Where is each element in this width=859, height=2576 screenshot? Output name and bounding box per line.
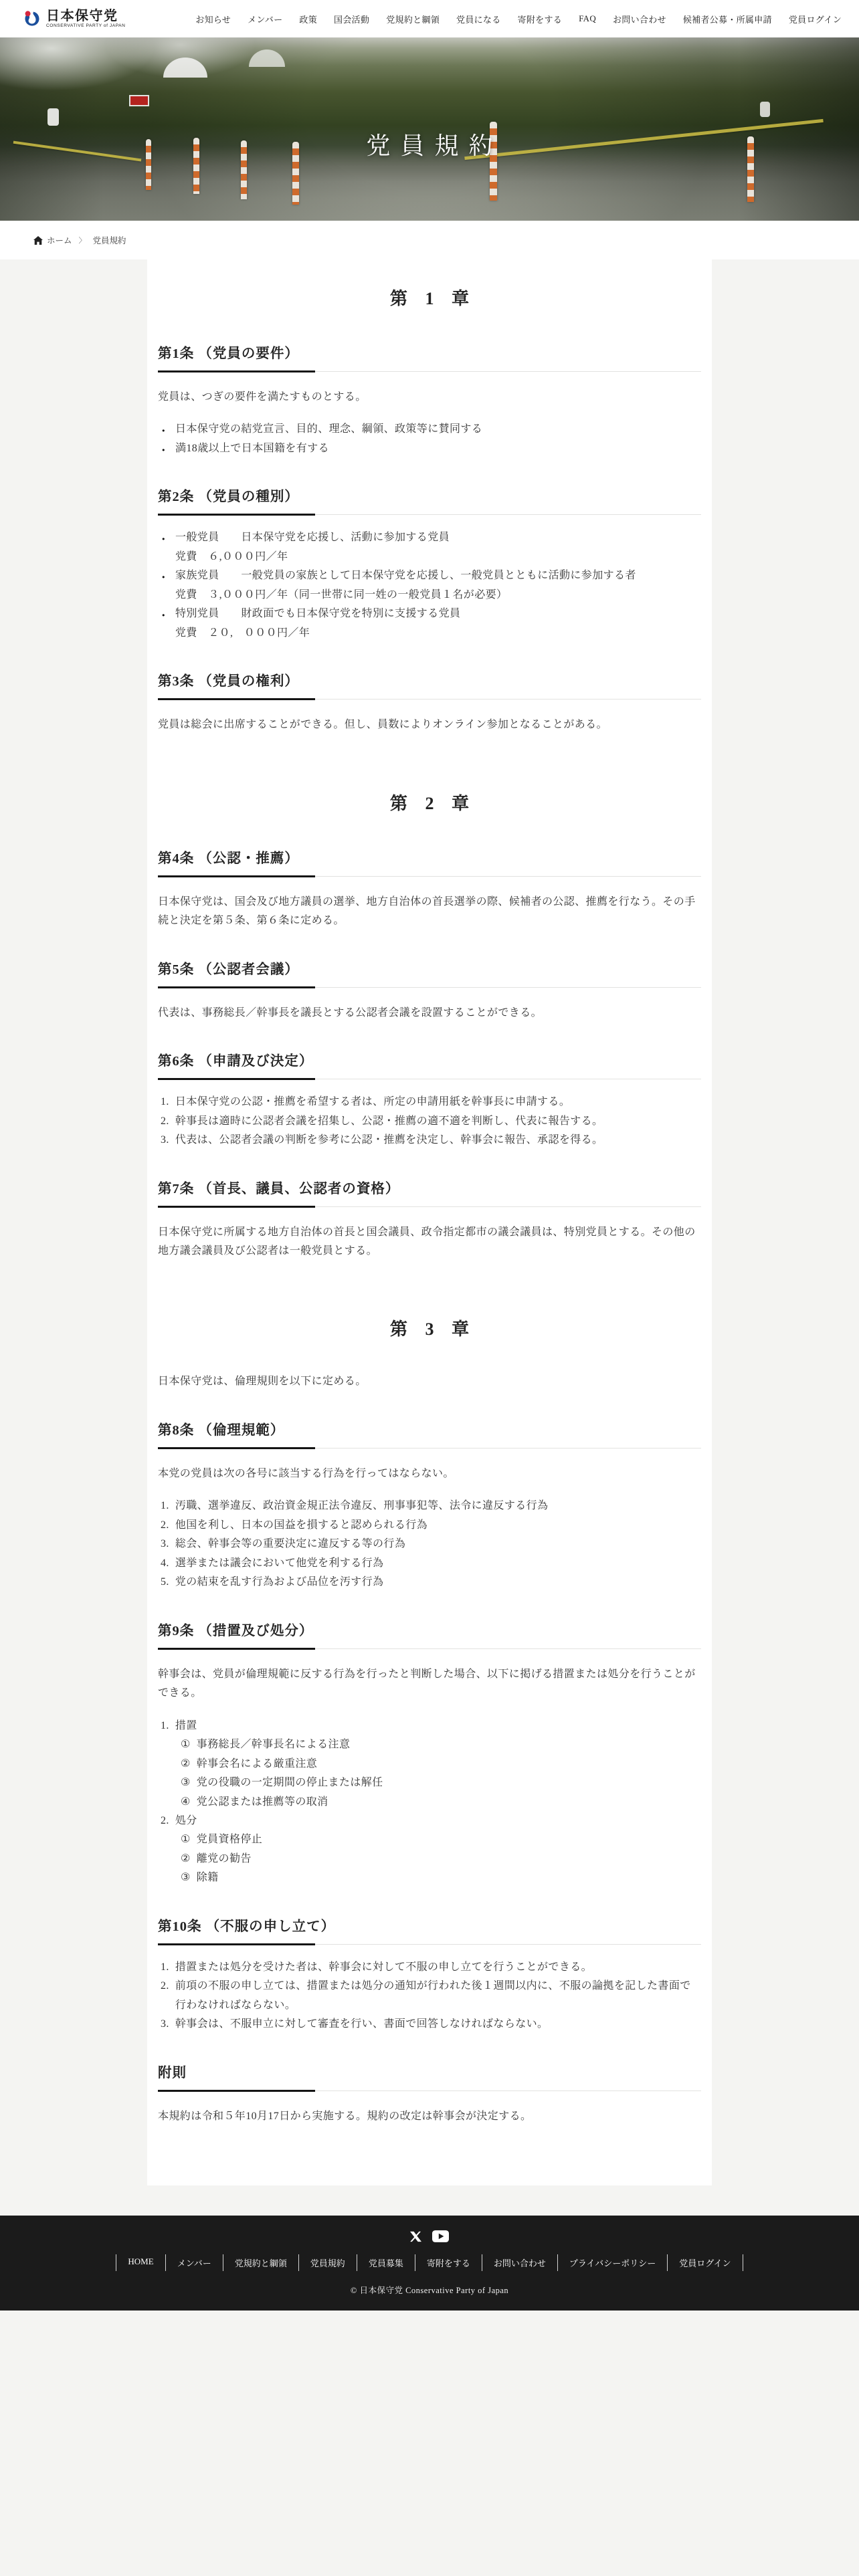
list-text: 他国を利し、日本の国益を損すると認められる行為: [175, 1516, 701, 1535]
nav-link[interactable]: 政策: [299, 13, 317, 25]
article-paragraph: 党員は、つぎの要件を満たすものとする。: [158, 388, 701, 407]
article-paragraph: 代表は、事務総長／幹事長を議長とする公認者会議を設置することができる。: [158, 1004, 701, 1023]
article-section: 第9条 （措置及び処分）幹事会は、党員が倫理規範に反する行為を行ったと判断した場…: [158, 1619, 701, 1888]
youtube-icon[interactable]: [432, 2230, 449, 2242]
article-section: 第4条 （公認・推薦）日本保守党は、国会及び地方議員の選挙、地方自治体の首長選挙…: [158, 847, 701, 931]
list-marker: 3.: [161, 1131, 169, 1150]
article-title: 第1条 （党員の要件）: [158, 342, 701, 372]
breadcrumb-current: 党員規約: [93, 234, 126, 246]
list-text: 措置または処分を受けた者は、幹事会に対して不服の申し立てを行うことができる。: [175, 1958, 701, 1977]
chapter-heading: 第 1 章: [158, 285, 701, 310]
breadcrumb-home-label: ホーム: [47, 234, 72, 246]
article-title: 第8条 （倫理規範）: [158, 1418, 701, 1448]
nav-link[interactable]: お知らせ: [195, 13, 231, 25]
list-marker: 3.: [161, 2015, 169, 2034]
numbered-list: 1.措置①事務総長／幹事長名による注意②幹事会名による厳重注意③党の役職の一定期…: [158, 1717, 701, 1888]
article-section: 第3条 （党員の権利）党員は総会に出席することができる。但し、員数によりオンライ…: [158, 669, 701, 734]
list-item: 1.措置①事務総長／幹事長名による注意②幹事会名による厳重注意③党の役職の一定期…: [161, 1717, 701, 1812]
article-paragraph: 党員は総会に出席することができる。但し、員数によりオンライン参加となることがある…: [158, 716, 701, 734]
list-text: 選挙または議会において他党を利する行為: [175, 1554, 701, 1573]
article-title: 第3条 （党員の権利）: [158, 669, 701, 700]
sub-list: ①党員資格停止②離党の勧告③除籍: [161, 1830, 701, 1887]
article-section: 第2条 （党員の種別）一般党員 日本保守党を応援し、活動に参加する党員党費 ６,…: [158, 485, 701, 643]
list-marker: 2.: [161, 1977, 169, 2015]
list-text: 党公認または推薦等の取消: [197, 1793, 701, 1812]
numbered-list: 1.日本保守党の公認・推薦を希望する者は、所定の申請用紙を幹事長に申請する。2.…: [158, 1093, 701, 1150]
list-line: 党費 ６,０００円／年: [175, 548, 701, 566]
footer-link[interactable]: 党員規約: [298, 2254, 357, 2271]
list-marker: 2.: [161, 1812, 169, 1830]
numbered-list: 1.汚職、選挙違反、政治資金規正法令違反、刑事事犯等、法令に違反する行為2.他国…: [158, 1497, 701, 1592]
list-item: 2.幹事長は適時に公認者会議を招集し、公認・推薦の適不適を判断し、代表に報告する…: [161, 1112, 701, 1131]
list-marker: 2.: [161, 1516, 169, 1535]
sub-list-item: ④党公認または推薦等の取消: [181, 1793, 701, 1812]
list-item: 家族党員 一般党員の家族として日本保守党を応援し、一般党員とともに活動に参加する…: [158, 566, 701, 605]
article-title: 第6条 （申請及び決定）: [158, 1049, 701, 1079]
list-item: 満18歳以上で日本国籍を有する: [158, 439, 701, 458]
list-line: 特別党員 財政面でも日本保守党を特別に支援する党員: [175, 605, 701, 623]
list-item: 3.総会、幹事会等の重要決定に違反する等の行為: [161, 1535, 701, 1553]
sub-list-item: ③除籍: [181, 1868, 701, 1887]
list-line: 党費 ２０, ０００円／年: [175, 624, 701, 643]
list-item: 一般党員 日本保守党を応援し、活動に参加する党員党費 ６,０００円／年: [158, 528, 701, 566]
list-item: 日本保守党の結党宣言、目的、理念、綱領、政策等に賛同する: [158, 420, 701, 439]
intro-paragraph: 日本保守党は、倫理規則を以下に定める。: [158, 1372, 701, 1391]
list-text: 党の役職の一定期間の停止または解任: [197, 1774, 701, 1792]
list-text: 日本保守党の公認・推薦を希望する者は、所定の申請用紙を幹事長に申請する。: [175, 1093, 701, 1111]
footer-social: [0, 2229, 859, 2244]
nav-link[interactable]: 寄附をする: [518, 13, 563, 25]
chapter-heading: 第 2 章: [158, 790, 701, 815]
list-text: 党員資格停止: [197, 1830, 701, 1849]
list-marker: 1.: [161, 1717, 169, 1735]
article-section: 第8条 （倫理規範）本党の党員は次の各号に該当する行為を行ってはならない。1.汚…: [158, 1418, 701, 1592]
sub-list: ①事務総長／幹事長名による注意②幹事会名による厳重注意③党の役職の一定期間の停止…: [161, 1735, 701, 1812]
x-icon[interactable]: [410, 2231, 421, 2242]
article-title: 第7条 （首長、議員、公認者の資格）: [158, 1177, 701, 1207]
nav-link[interactable]: FAQ: [579, 13, 596, 24]
footer-link[interactable]: プライバシーポリシー: [557, 2254, 667, 2271]
list-item: 1.日本保守党の公認・推薦を希望する者は、所定の申請用紙を幹事長に申請する。: [161, 1093, 701, 1111]
footer-link[interactable]: メンバー: [165, 2254, 223, 2271]
article-paragraph: 本党の党員は次の各号に該当する行為を行ってはならない。: [158, 1465, 701, 1483]
list-line: 党費 ３,０００円／年（同一世帯に同一姓の一般党員１名が必要）: [175, 586, 701, 605]
home-icon: [33, 236, 43, 245]
footer-link[interactable]: 党員募集: [357, 2254, 415, 2271]
list-marker: ③: [181, 1868, 191, 1887]
list-marker: 5.: [161, 1573, 169, 1592]
list-marker: 2.: [161, 1112, 169, 1131]
logo-tagline: CONSERVATIVE PARTY of JAPAN: [46, 24, 125, 29]
footer-link[interactable]: お問い合わせ: [482, 2254, 557, 2271]
list-marker: ②: [181, 1850, 191, 1868]
logo-icon: [23, 9, 41, 28]
footer-link[interactable]: 寄附をする: [415, 2254, 482, 2271]
list-marker: 4.: [161, 1554, 169, 1573]
list-line: 日本保守党の結党宣言、目的、理念、綱領、政策等に賛同する: [175, 420, 701, 439]
article-section: 第7条 （首長、議員、公認者の資格）日本保守党に所属する地方自治体の首長と国会議…: [158, 1177, 701, 1261]
list-marker: ①: [181, 1830, 191, 1849]
article-title: 附則: [158, 2061, 701, 2091]
nav-link[interactable]: 候補者公募・所属申請: [683, 13, 772, 25]
breadcrumb: ホーム 〉 党員規約: [0, 221, 859, 259]
list-marker: ④: [181, 1793, 191, 1812]
list-marker: 1.: [161, 1958, 169, 1977]
chapter-heading: 第 3 章: [158, 1315, 701, 1340]
nav-link[interactable]: 党規約と綱領: [386, 13, 440, 25]
list-item: 特別党員 財政面でも日本保守党を特別に支援する党員党費 ２０, ０００円／年: [158, 605, 701, 643]
list-text: 措置: [175, 1717, 701, 1735]
article-title: 第2条 （党員の種別）: [158, 485, 701, 515]
list-marker: ①: [181, 1735, 191, 1754]
article-paragraph: 本規約は令和５年10月17日から実施する。規約の改定は幹事会が決定する。: [158, 2107, 701, 2126]
bottom-filler: [0, 2311, 859, 2575]
breadcrumb-separator: 〉: [79, 235, 86, 245]
list-line: 満18歳以上で日本国籍を有する: [175, 439, 701, 458]
list-text: 事務総長／幹事長名による注意: [197, 1735, 701, 1754]
article-paragraph: 日本保守党は、国会及び地方議員の選挙、地方自治体の首長選挙の際、候補者の公認、推…: [158, 893, 701, 931]
list-marker: 3.: [161, 1535, 169, 1553]
article-title: 第9条 （措置及び処分）: [158, 1619, 701, 1649]
list-text: 汚職、選挙違反、政治資金規正法令違反、刑事事犯等、法令に違反する行為: [175, 1497, 701, 1515]
list-text: 代表は、公認者会議の判断を参考に公認・推薦を決定し、幹事会に報告、承認を得る。: [175, 1131, 701, 1150]
list-item: 5.党の結束を乱す行為および品位を汚す行為: [161, 1573, 701, 1592]
list-text: 処分: [175, 1812, 701, 1830]
site-footer: HOMEメンバー党規約と綱領党員規約党員募集寄附をするお問い合わせプライバシーポ…: [0, 2216, 859, 2311]
article-title: 第5条 （公認者会議）: [158, 958, 701, 988]
list-text: 離党の勧告: [197, 1850, 701, 1868]
list-text: 総会、幹事会等の重要決定に違反する等の行為: [175, 1535, 701, 1553]
list-item: 3.幹事会は、不服申立に対して審査を行い、書面で回答しなければならない。: [161, 2015, 701, 2034]
list-text: 幹事長は適時に公認者会議を招集し、公認・推薦の適不適を判断し、代表に報告する。: [175, 1112, 701, 1131]
footer-link[interactable]: 党規約と綱領: [223, 2254, 298, 2271]
sub-list-item: ③党の役職の一定期間の停止または解任: [181, 1774, 701, 1792]
list-marker: ③: [181, 1774, 191, 1792]
hero-banner: 党員規約: [0, 37, 859, 221]
list-text: 幹事会は、不服申立に対して審査を行い、書面で回答しなければならない。: [175, 2015, 701, 2034]
nav-link[interactable]: 党員ログイン: [789, 13, 842, 25]
article-title: 第10条 （不服の申し立て）: [158, 1915, 701, 1945]
footer-link[interactable]: 党員ログイン: [667, 2254, 743, 2271]
nav-link[interactable]: お問い合わせ: [613, 13, 666, 25]
page-title: 党員規約: [0, 37, 859, 161]
list-line: 家族党員 一般党員の家族として日本保守党を応援し、一般党員とともに活動に参加する…: [175, 566, 701, 585]
list-marker: ②: [181, 1755, 191, 1774]
list-line: 一般党員 日本保守党を応援し、活動に参加する党員: [175, 528, 701, 547]
list-marker: 1.: [161, 1497, 169, 1515]
article-section: 第6条 （申請及び決定）1.日本保守党の公認・推薦を希望する者は、所定の申請用紙…: [158, 1049, 701, 1150]
header-nav: お知らせメンバー政策国会活動党規約と綱領党員になる寄附をするFAQお問い合わせ候…: [195, 13, 842, 25]
list-item: 1.措置または処分を受けた者は、幹事会に対して不服の申し立てを行うことができる。: [161, 1958, 701, 1977]
list-item: 2.前項の不服の申し立ては、措置または処分の通知が行われた後１週間以内に、不服の…: [161, 1977, 701, 2015]
article-section: 第10条 （不服の申し立て）1.措置または処分を受けた者は、幹事会に対して不服の…: [158, 1915, 701, 2034]
article-title: 第4条 （公認・推薦）: [158, 847, 701, 877]
sub-list-item: ①党員資格停止: [181, 1830, 701, 1849]
nav-link[interactable]: メンバー: [248, 13, 282, 25]
article-section: 附則本規約は令和５年10月17日から実施する。規約の改定は幹事会が決定する。: [158, 2061, 701, 2126]
logo-title: 日本保守党: [46, 9, 125, 23]
article-paragraph: 幹事会は、党員が倫理規範に反する行為を行ったと判断した場合、以下に掲げる措置また…: [158, 1665, 701, 1703]
breadcrumb-home-link[interactable]: ホーム: [33, 234, 72, 246]
sub-list-item: ②幹事会名による厳重注意: [181, 1755, 701, 1774]
article-section: 第1条 （党員の要件）党員は、つぎの要件を満たすものとする。日本保守党の結党宣言…: [158, 342, 701, 458]
main: 第 1 章第1条 （党員の要件）党員は、つぎの要件を満たすものとする。日本保守党…: [0, 259, 859, 2216]
list-item: 3.代表は、公認者会議の判断を参考に公認・推薦を決定し、幹事会に報告、承認を得る…: [161, 1131, 701, 1150]
content-card: 第 1 章第1条 （党員の要件）党員は、つぎの要件を満たすものとする。日本保守党…: [147, 259, 712, 2185]
list-text: 除籍: [197, 1868, 701, 1887]
sub-list-item: ②離党の勧告: [181, 1850, 701, 1868]
copyright: © 日本保守党 Conservative Party of Japan: [0, 2284, 859, 2296]
list-item: 2.他国を利し、日本の国益を損すると認められる行為: [161, 1516, 701, 1535]
footer-nav: HOMEメンバー党規約と綱領党員規約党員募集寄附をするお問い合わせプライバシーポ…: [0, 2254, 859, 2271]
list-marker: 1.: [161, 1093, 169, 1111]
site-header: 日本保守党 CONSERVATIVE PARTY of JAPAN お知らせメン…: [0, 0, 859, 37]
bullet-list: 一般党員 日本保守党を応援し、活動に参加する党員党費 ６,０００円／年家族党員 …: [158, 528, 701, 643]
article-section: 第5条 （公認者会議）代表は、事務総長／幹事長を議長とする公認者会議を設置するこ…: [158, 958, 701, 1023]
list-text: 幹事会名による厳重注意: [197, 1755, 701, 1774]
footer-link[interactable]: HOME: [116, 2254, 165, 2271]
sub-list-item: ①事務総長／幹事長名による注意: [181, 1735, 701, 1754]
list-text: 党の結束を乱す行為および品位を汚す行為: [175, 1573, 701, 1592]
list-item: 2.処分①党員資格停止②離党の勧告③除籍: [161, 1812, 701, 1888]
list-item: 1.汚職、選挙違反、政治資金規正法令違反、刑事事犯等、法令に違反する行為: [161, 1497, 701, 1515]
list-text: 前項の不服の申し立ては、措置または処分の通知が行われた後１週間以内に、不服の論拠…: [175, 1977, 701, 2015]
logo[interactable]: 日本保守党 CONSERVATIVE PARTY of JAPAN: [23, 9, 125, 29]
list-item: 4.選挙または議会において他党を利する行為: [161, 1554, 701, 1573]
nav-link[interactable]: 党員になる: [456, 13, 501, 25]
article-paragraph: 日本保守党に所属する地方自治体の首長と国会議員、政令指定都市の議会議員は、特別党…: [158, 1223, 701, 1261]
nav-link[interactable]: 国会活動: [334, 13, 369, 25]
numbered-list: 1.措置または処分を受けた者は、幹事会に対して不服の申し立てを行うことができる。…: [158, 1958, 701, 2034]
bullet-list: 日本保守党の結党宣言、目的、理念、綱領、政策等に賛同する満18歳以上で日本国籍を…: [158, 420, 701, 458]
